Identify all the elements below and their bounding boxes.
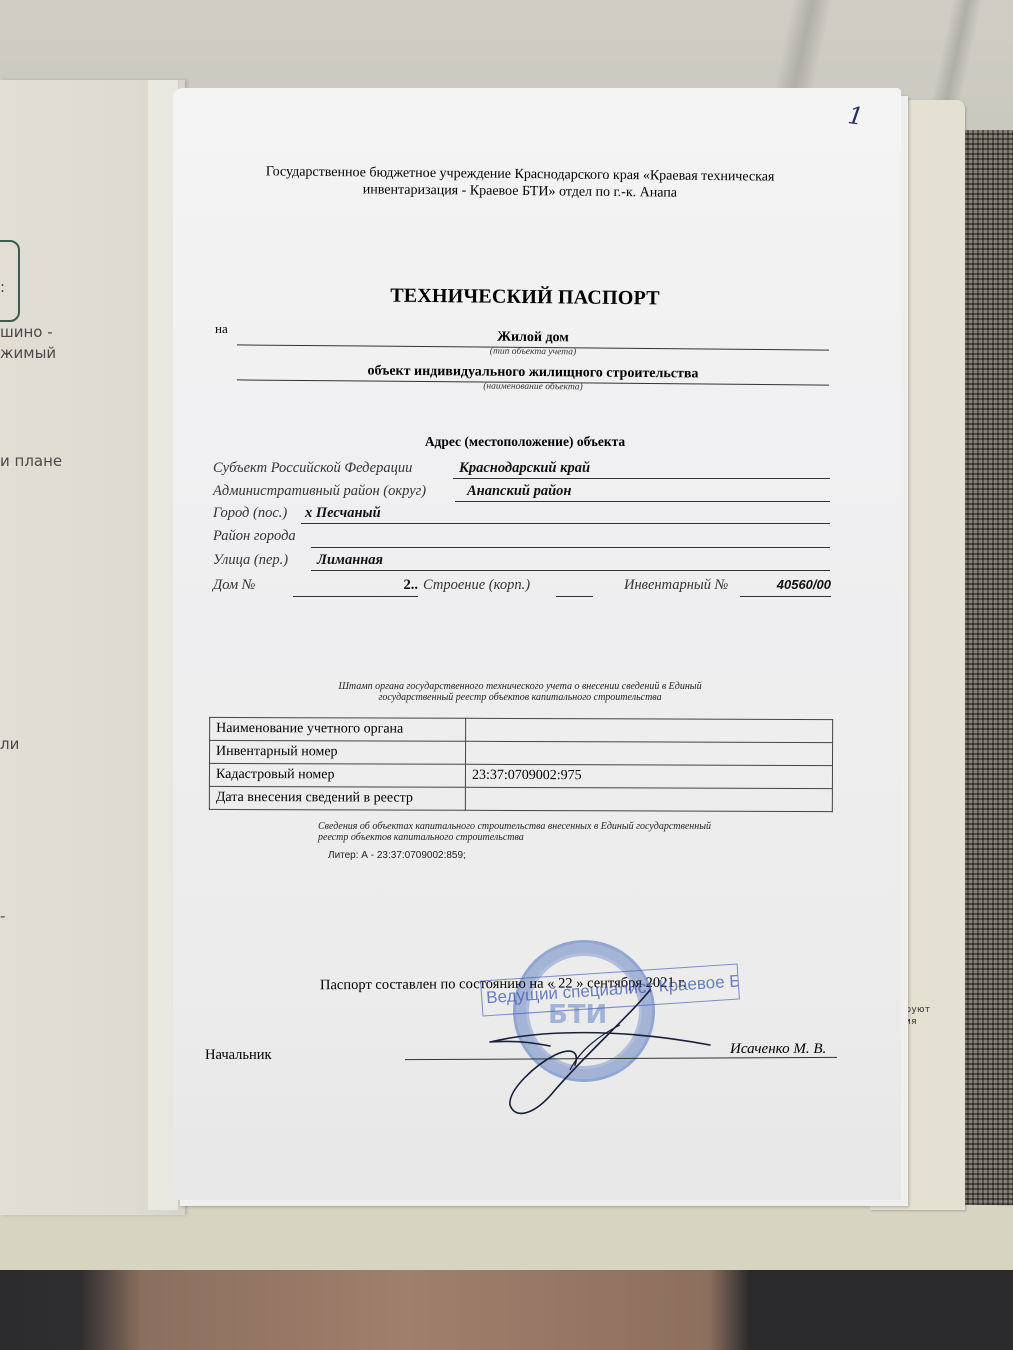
chief-label: Начальник [205, 1047, 272, 1064]
address-row-house: Дом № 2.. Строение (корп.) Инвентарный №… [213, 577, 833, 597]
registry-key: Кадастровый номер [209, 763, 465, 787]
left-page-fragment: : [0, 277, 5, 298]
registry-key: Дата внесения сведений в реестр [209, 786, 465, 810]
address-label: Улица (пер.) [213, 552, 288, 568]
address-label: Административный район (округ) [213, 483, 426, 499]
table-row: Наименование учетного органа [210, 717, 833, 742]
registry-caption: Сведения об объектах капитального строит… [318, 821, 738, 843]
na-label: на [215, 321, 228, 337]
person-foreground [0, 1270, 1013, 1350]
registry-key: Инвентарный номер [210, 740, 466, 764]
left-page-fragment: шино - [0, 322, 53, 343]
table-row: Кадастровый номер 23:37:0709002:975 [209, 763, 832, 788]
woven-mat [962, 130, 1013, 1210]
address-value: Краснодарский край [453, 460, 830, 479]
registry-value: 23:37:0709002:975 [465, 764, 832, 788]
address-label: Город (пос.) [213, 505, 287, 521]
address-value [311, 528, 830, 548]
address-row-subject: Субъект Российской Федерации Краснодарск… [213, 460, 830, 480]
registry-value [465, 787, 832, 811]
left-page-fragment: - [0, 906, 5, 927]
organization-header: Государственное бюджетное учреждение Кра… [230, 163, 810, 203]
building-label: Строение (корп.) [423, 577, 530, 594]
address-label: Субъект Российской Федерации [213, 460, 412, 476]
address-value: х Песчаный [301, 505, 830, 524]
address-row-city: Город (пос.) х Песчаный [213, 505, 830, 525]
address-label: Район города [213, 528, 296, 544]
table-row: Инвентарный номер [210, 740, 833, 765]
address-value: Лиманная [311, 552, 830, 571]
address-row-street: Улица (пер.) Лиманная [213, 552, 830, 572]
inventory-label: Инвентарный № [624, 577, 728, 594]
address-heading: Адрес (местоположение) объекта [380, 434, 670, 450]
table-row: Дата внесения сведений в реестр [209, 786, 832, 811]
registry-value [466, 718, 833, 742]
stamp-caption: Штамп органа государственного техническо… [320, 681, 720, 703]
registry-key: Наименование учетного органа [210, 717, 466, 741]
left-page-fragment: и плане [0, 451, 62, 472]
address-row-city-district: Район города [213, 528, 830, 548]
left-page-fragment: ли [0, 734, 19, 755]
house-value: 2.. [293, 577, 418, 597]
liter-line: Литер: А - 23:37:0709002:859; [328, 850, 466, 861]
building-value [556, 577, 593, 597]
handwritten-signature [480, 970, 760, 1120]
document-title: ТЕХНИЧЕСКИЙ ПАСПОРТ [330, 284, 720, 311]
registry-value [466, 741, 833, 765]
object-type-value: Жилой дом [497, 330, 569, 346]
object-name-value: объект индивидуального жилищного строите… [368, 364, 699, 382]
registry-table: Наименование учетного органа Инвентарный… [209, 717, 833, 812]
address-row-district: Административный район (округ) Анапский … [213, 483, 830, 503]
address-value: Анапский район [455, 483, 830, 502]
house-label: Дом № [213, 577, 255, 593]
inventory-value: 40560/00 [740, 577, 831, 597]
left-page-fragment: жимый [0, 343, 56, 364]
